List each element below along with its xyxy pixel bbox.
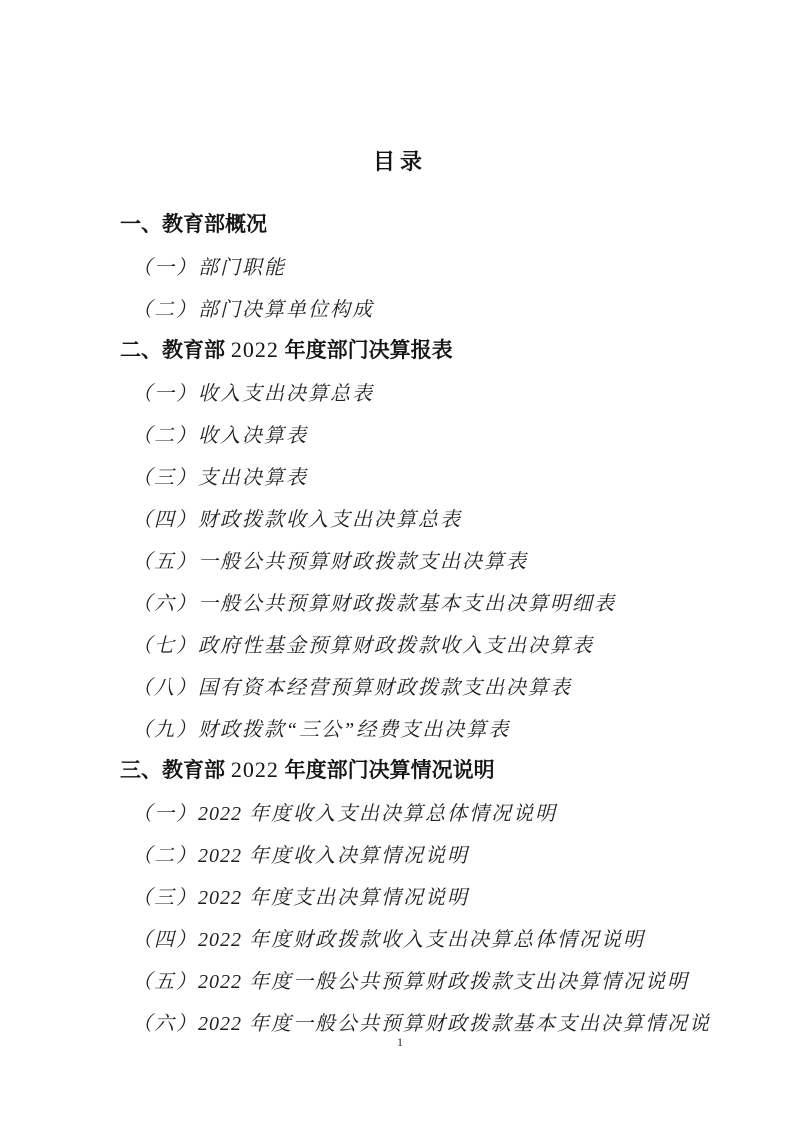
toc-entry: （二）收入决算表: [120, 412, 700, 454]
toc-entry: （五）一般公共预算财政拨款支出决算表: [120, 538, 700, 580]
toc-entry: （二）部门决算单位构成: [120, 286, 700, 328]
toc-entry: （六）一般公共预算财政拨款基本支出决算明细表: [120, 580, 700, 622]
toc-entry-text: （二）收入决算表: [132, 419, 308, 448]
toc-entry-text: （一）收入支出决算总表: [132, 377, 374, 406]
toc-entry: （九）财政拨款“三公”经费支出决算表: [120, 706, 700, 748]
toc-heading: 一、教育部概况: [120, 202, 700, 244]
toc-entry-text: （三）2022 年度支出决算情况说明: [132, 881, 469, 910]
page-title: 目录: [0, 145, 800, 176]
toc-entry: （四）财政拨款收入支出决算总表: [120, 496, 700, 538]
toc-entry-text: （三）支出决算表: [132, 461, 308, 490]
toc-entry: （四）2022 年度财政拨款收入支出决算总体情况说明: [120, 916, 700, 958]
toc-heading-text: 三、教育部 2022 年度部门决算情况说明: [120, 754, 495, 784]
page-number: 1: [0, 1035, 800, 1050]
toc-entry-text: （四）财政拨款收入支出决算总表: [132, 503, 462, 532]
toc-heading-text: 一、教育部概况: [120, 208, 267, 238]
toc-entry: （三）2022 年度支出决算情况说明: [120, 874, 700, 916]
toc-entry-text: （八）国有资本经营预算财政拨款支出决算表: [132, 671, 572, 700]
toc-heading-text: 二、教育部 2022 年度部门决算报表: [120, 334, 453, 364]
toc-entry-text: （二）2022 年度收入决算情况说明: [132, 839, 469, 868]
toc-heading: 三、教育部 2022 年度部门决算情况说明: [120, 748, 700, 790]
document-page: 目录 一、教育部概况 （一）部门职能 （二）部门决算单位构成 二、教育部 202…: [0, 0, 800, 1131]
toc-entry-text: （五）2022 年度一般公共预算财政拨款支出决算情况说明: [132, 965, 689, 994]
toc-entry: （五）2022 年度一般公共预算财政拨款支出决算情况说明: [120, 958, 700, 1000]
toc-entry-text: （六）2022 年度一般公共预算财政拨款基本支出决算情况说: [132, 1007, 711, 1036]
toc-entry-text: （七）政府性基金预算财政拨款收入支出决算表: [132, 629, 594, 658]
toc-heading: 二、教育部 2022 年度部门决算报表: [120, 328, 700, 370]
toc-entry-text: （五）一般公共预算财政拨款支出决算表: [132, 545, 528, 574]
toc-entry: （一）收入支出决算总表: [120, 370, 700, 412]
toc-entry: （八）国有资本经营预算财政拨款支出决算表: [120, 664, 700, 706]
toc-entry-text: （六）一般公共预算财政拨款基本支出决算明细表: [132, 587, 616, 616]
toc-entry: （一）2022 年度收入支出决算总体情况说明: [120, 790, 700, 832]
toc-entry-text: （四）2022 年度财政拨款收入支出决算总体情况说明: [132, 923, 645, 952]
toc-entry-text: （九）财政拨款“三公”经费支出决算表: [132, 713, 510, 742]
table-of-contents: 一、教育部概况 （一）部门职能 （二）部门决算单位构成 二、教育部 2022 年…: [120, 202, 700, 1042]
toc-entry: （七）政府性基金预算财政拨款收入支出决算表: [120, 622, 700, 664]
toc-entry-text: （一）2022 年度收入支出决算总体情况说明: [132, 797, 557, 826]
toc-entry: （二）2022 年度收入决算情况说明: [120, 832, 700, 874]
toc-entry: （一）部门职能: [120, 244, 700, 286]
toc-entry-text: （二）部门决算单位构成: [132, 293, 374, 322]
toc-entry-text: （一）部门职能: [132, 251, 286, 280]
toc-entry: （三）支出决算表: [120, 454, 700, 496]
